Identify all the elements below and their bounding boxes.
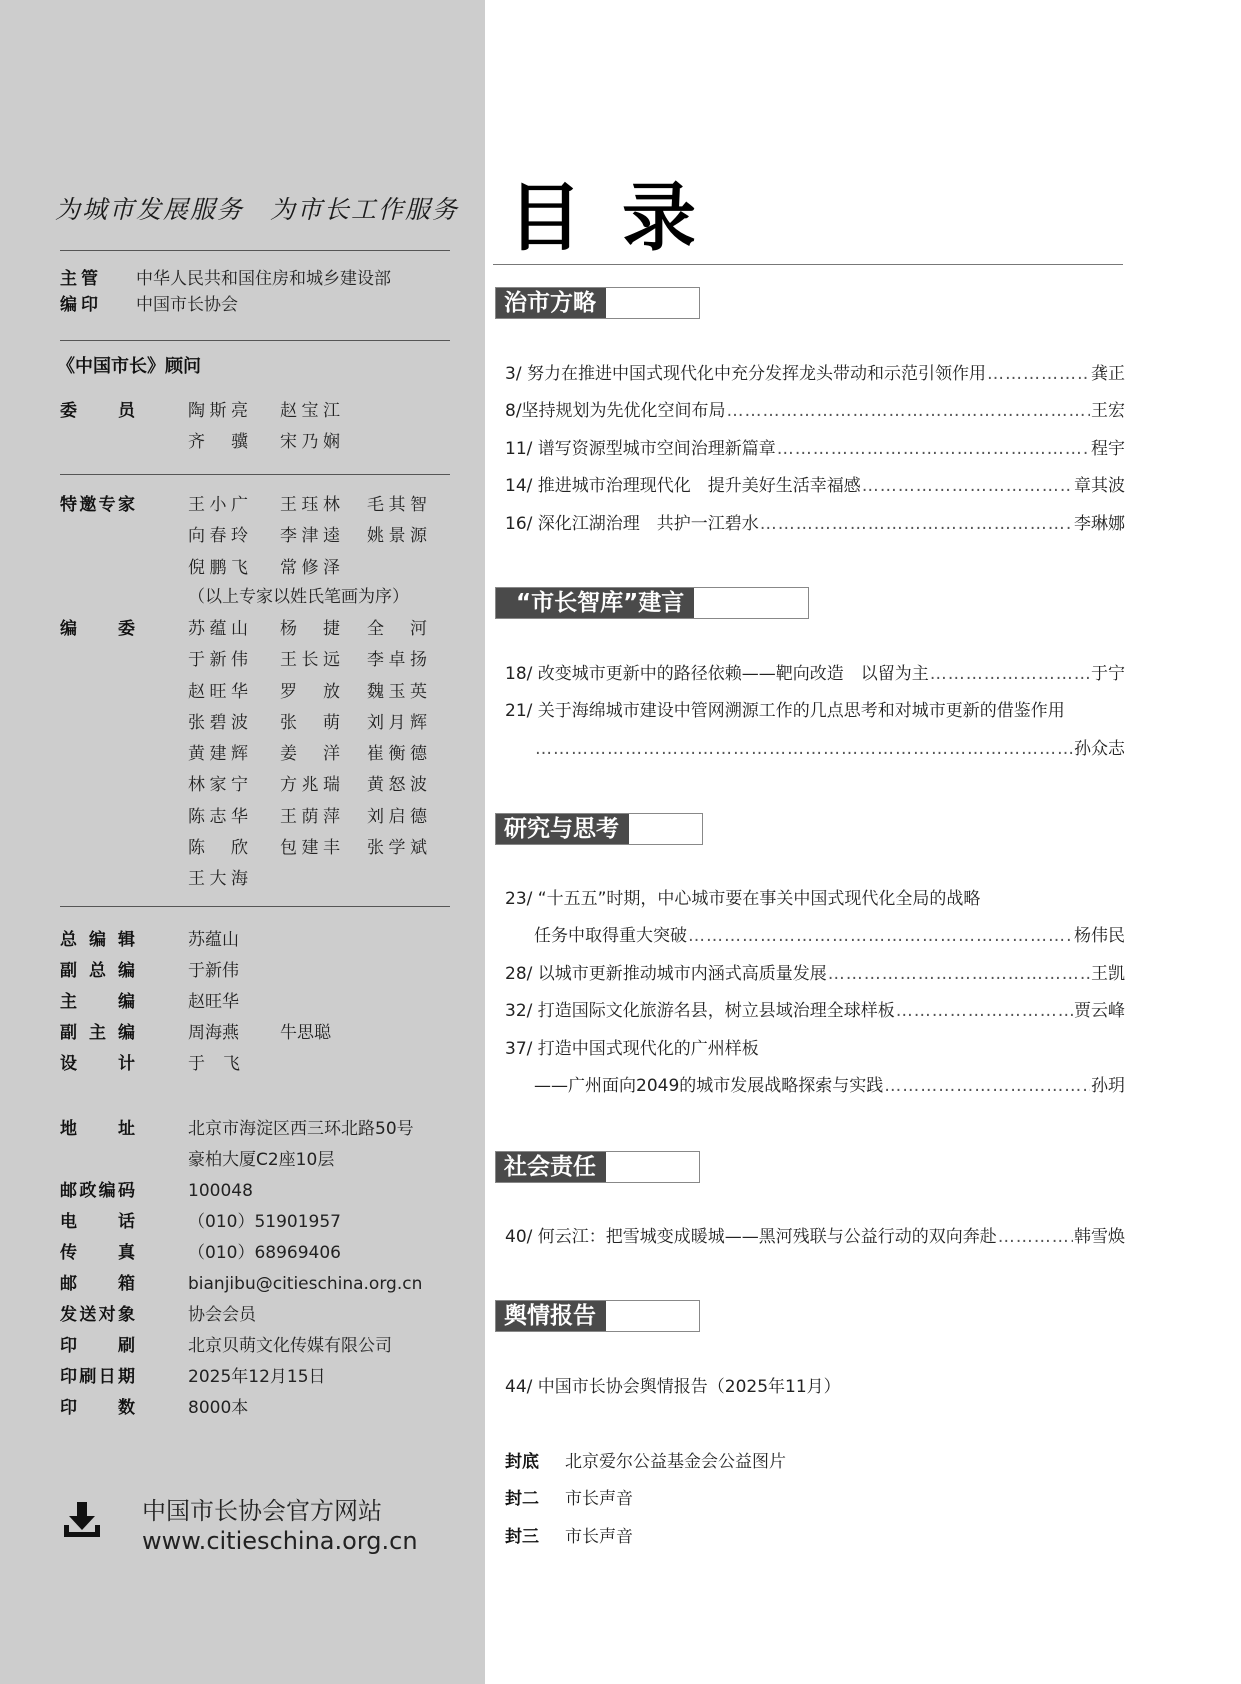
- toc-entry[interactable]: 28/ 以城市更新推动城市内涵式高质量发展王凯: [505, 962, 1125, 986]
- toc-entry[interactable]: 14/ 推进城市治理现代化 提升美好生活幸福感章其波: [505, 474, 1125, 498]
- masthead-panel: 为城市发展服务为市长工作服务 主管 中华人民共和国住房和城乡建设部 编印 中国市…: [0, 0, 485, 1684]
- website-url[interactable]: www.citieschina.org.cn: [142, 1526, 418, 1556]
- divider: [60, 250, 450, 251]
- toc-entry[interactable]: 23/ “十五五”时期，中心城市要在事关中国式现代化全局的战略: [505, 887, 1125, 911]
- website-name: 中国市长协会官方网站: [142, 1496, 418, 1526]
- website-block[interactable]: 中国市长协会官方网站 www.citieschina.org.cn: [142, 1496, 418, 1556]
- toc-entry[interactable]: 11/ 谱写资源型城市空间治理新篇章程宇: [505, 437, 1125, 461]
- section-header: “市长智库”建言: [495, 587, 809, 619]
- divider: [60, 474, 450, 475]
- divider: [60, 906, 450, 907]
- slogan: 为城市发展服务为市长工作服务: [55, 190, 455, 226]
- cover-item: 封三市长声音: [505, 1525, 633, 1549]
- toc-entry[interactable]: 40/ 何云江：把雪城变成暖城——黑河残联与公益行动的双向奔赴韩雪焕: [505, 1225, 1125, 1249]
- section-header: 治市方略: [495, 287, 700, 319]
- toc-entry-continuation[interactable]: ——广州面向2049的城市发展战略探索与实践孙玥: [534, 1074, 1125, 1098]
- toc-entry[interactable]: 37/ 打造中国式现代化的广州样板: [505, 1037, 1125, 1061]
- toc-title: 目录: [508, 178, 736, 258]
- email-link[interactable]: bianjibu@citieschina.org.cn: [188, 1269, 422, 1300]
- toc-entry[interactable]: 8/坚持规划为先优化空间布局王宏: [505, 399, 1125, 423]
- toc-entry[interactable]: 16/ 深化江湖治理 共护一江碧水李琳娜: [505, 512, 1125, 536]
- cover-item: 封底北京爱尔公益基金会公益图片: [505, 1450, 786, 1474]
- section-header: 社会责任: [495, 1151, 700, 1183]
- experts-note: （以上专家以姓氏笔画为序）: [188, 582, 409, 607]
- toc-entry[interactable]: 18/ 改变城市更新中的路径依赖——靶向改造 以留为主于宁: [505, 662, 1125, 686]
- divider: [60, 340, 450, 341]
- toc-entry[interactable]: 21/ 关于海绵城市建设中管网溯源工作的几点思考和对城市更新的借鉴作用: [505, 699, 1125, 723]
- section-header: 研究与思考: [495, 813, 703, 845]
- toc-entry[interactable]: 44/ 中国市长协会舆情报告（2025年11月）: [505, 1375, 1125, 1399]
- section-header: 舆情报告: [495, 1300, 700, 1332]
- advisors-title: 《中国市长》顾问: [57, 352, 201, 378]
- divider: [493, 264, 1123, 265]
- toc-entry-continuation[interactable]: 任务中取得重大突破杨伟民: [534, 924, 1125, 948]
- toc-entry[interactable]: 32/ 打造国际文化旅游名县，树立县域治理全球样板贾云峰: [505, 999, 1125, 1023]
- toc-entry-continuation[interactable]: 孙众志: [534, 737, 1125, 761]
- cover-item: 封二市长声音: [505, 1487, 633, 1511]
- toc-entry[interactable]: 3/ 努力在推进中国式现代化中充分发挥龙头带动和示范引领作用龚正: [505, 362, 1125, 386]
- download-icon: [62, 1500, 102, 1540]
